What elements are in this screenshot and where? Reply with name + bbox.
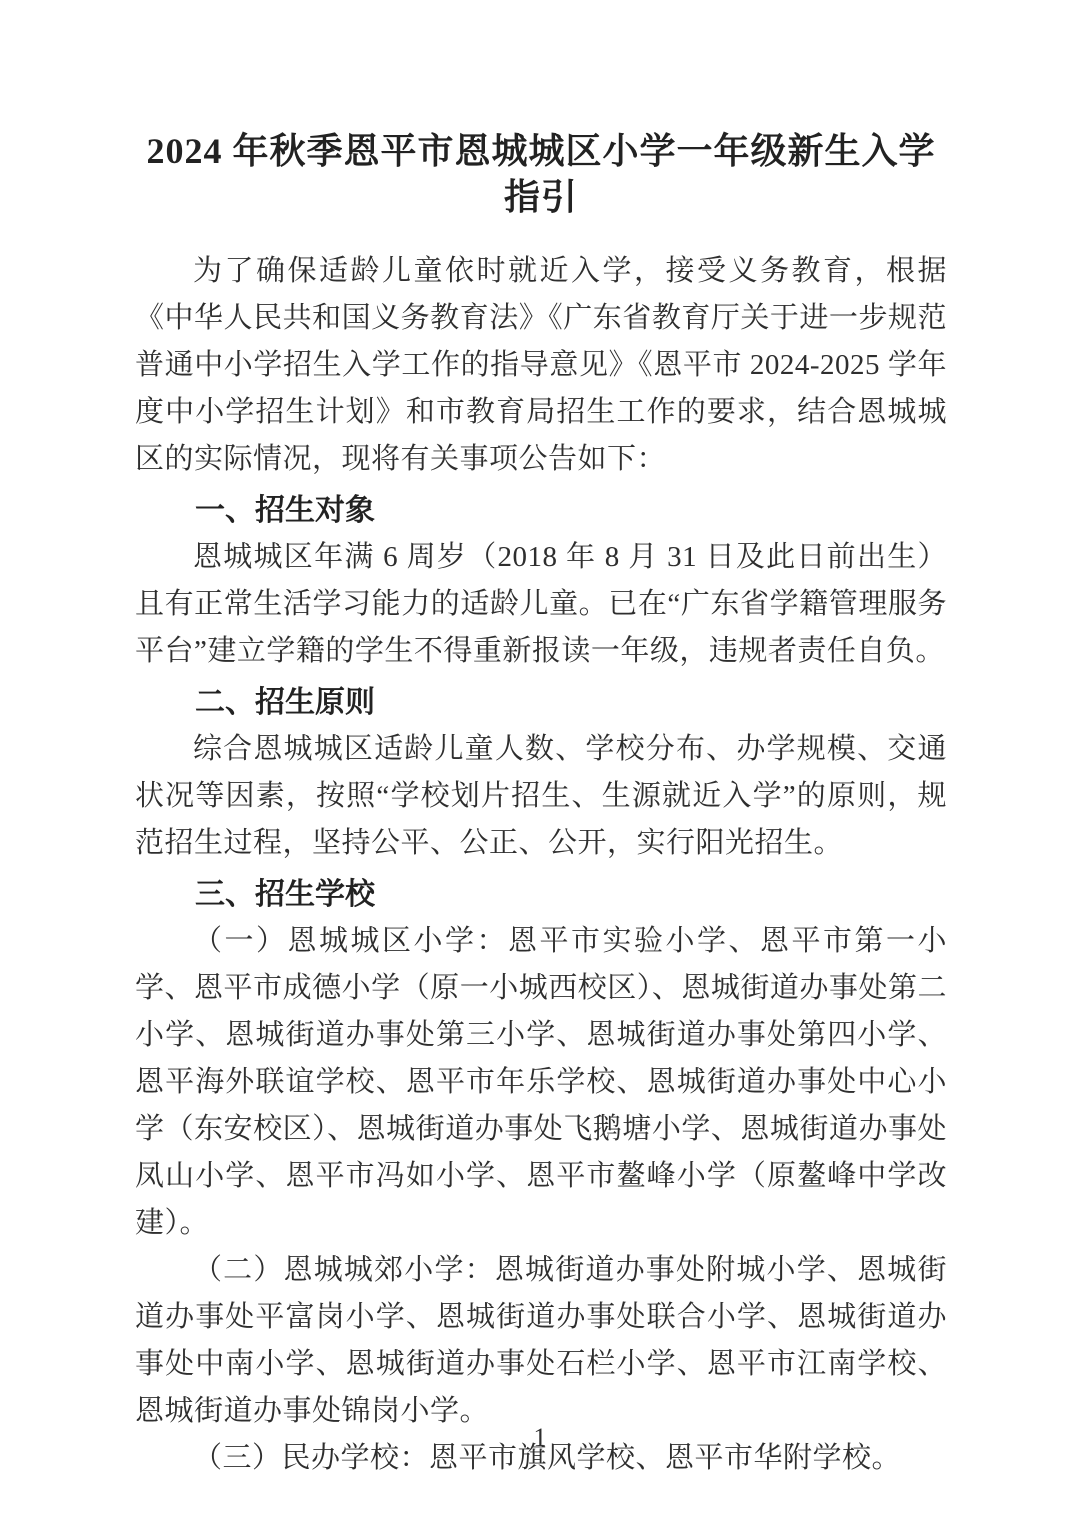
enrollment-principles-paragraph: 综合恩城城区适龄儿童人数、学校分布、办学规模、交通状况等因素，按照“学校划片招生… [135, 726, 947, 867]
document-title: 2024 年秋季恩平市恩城城区小学一年级新生入学指引 [135, 128, 947, 220]
intro-paragraph: 为了确保适龄儿童依时就近入学，接受义务教育，根据《中华人民共和国义务教育法》《广… [135, 248, 947, 483]
enrollment-target-paragraph: 恩城城区年满 6 周岁（2018 年 8 月 31 日及此日前出生）且有正常生活… [135, 534, 947, 675]
document-page: 2024 年秋季恩平市恩城城区小学一年级新生入学指引 为了确保适龄儿童依时就近入… [0, 0, 1080, 1527]
section-heading-enrollment-principles: 二、招生原则 [135, 679, 947, 726]
page-number: 1 [0, 1423, 1080, 1453]
suburban-schools-paragraph: （二）恩城城郊小学：恩城街道办事处附城小学、恩城街道办事处平富岗小学、恩城街道办… [135, 1247, 947, 1435]
urban-schools-paragraph: （一）恩城城区小学：恩平市实验小学、恩平市第一小学、恩平市成德小学（原一小城西校… [135, 918, 947, 1247]
section-heading-enrollment-schools: 三、招生学校 [135, 871, 947, 918]
section-heading-enrollment-target: 一、招生对象 [135, 487, 947, 534]
